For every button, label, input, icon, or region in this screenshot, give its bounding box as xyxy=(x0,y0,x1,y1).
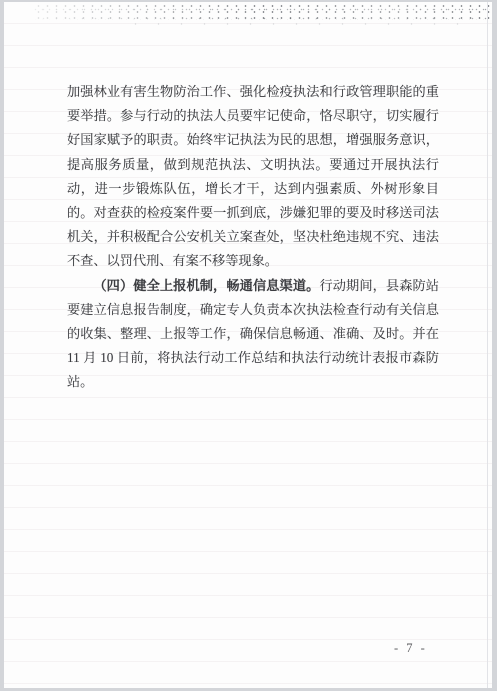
paragraph-continuation: 加强林业有害生物防治工作、强化检疫执法和行政管理职能的重要举措。参与行动的执法人… xyxy=(67,80,439,274)
body-text: 加强林业有害生物防治工作、强化检疫执法和行政管理职能的重要举措。参与行动的执法人… xyxy=(67,80,439,395)
scanned-document: 加强林业有害生物防治工作、强化检疫执法和行政管理职能的重要举措。参与行动的执法人… xyxy=(0,0,497,691)
scan-noise-band xyxy=(34,3,490,20)
paragraph-section-4: （四）健全上报机制，畅通信息渠道。行动期间，县森防站要建立信息报告制度，确定专人… xyxy=(67,274,439,395)
page-number: - 7 - xyxy=(394,641,426,656)
paragraph-bold-heading: （四）健全上报机制，畅通信息渠道。 xyxy=(93,278,319,293)
paragraph-text: 行动期间，县森防站要建立信息报告制度，确定专人负责本次执法检查行动有关信息的收集… xyxy=(67,278,439,390)
scan-noise-sparse xyxy=(124,20,462,30)
page-edge-line xyxy=(487,2,488,688)
document-page: 加强林业有害生物防治工作、强化检疫执法和行政管理职能的重要举措。参与行动的执法人… xyxy=(4,2,492,688)
